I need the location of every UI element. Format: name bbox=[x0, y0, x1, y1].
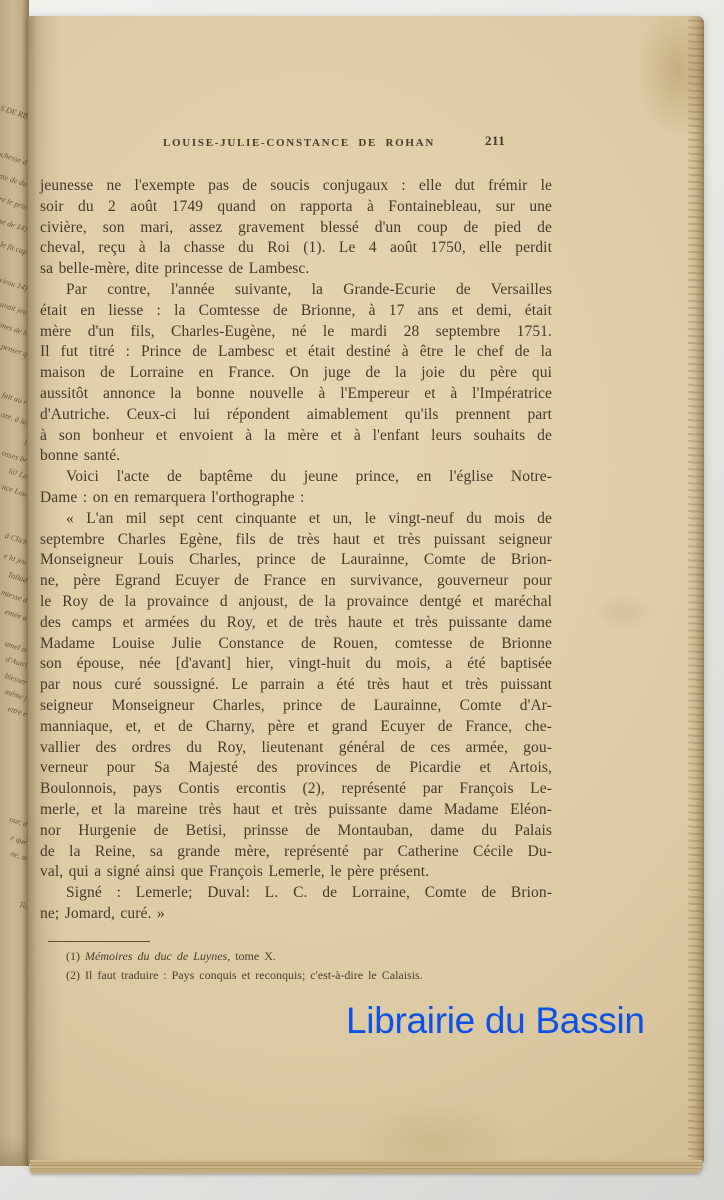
page-number: 211 bbox=[485, 133, 505, 149]
verso-text-fragment: e què bbox=[9, 833, 28, 847]
body-line: de la Reine, sa grande mère, représenté … bbox=[40, 842, 552, 863]
verso-text-fragment: Tallad bbox=[6, 570, 28, 585]
body-line: Par contre, l'année suivante, la Grande-… bbox=[40, 280, 552, 301]
body-line: ne, père Egrand Ecuyer de France en surv… bbox=[40, 571, 552, 592]
verso-text-fragment: S DE RB bbox=[0, 103, 28, 120]
previous-page-edge: S DE RBuchesse drette de dure le prinse … bbox=[0, 0, 29, 1166]
body-line: Dame : on en remarquera l'orthographe : bbox=[40, 488, 552, 509]
verso-text-fragment: ore, à la bbox=[0, 410, 28, 427]
body-line: maison de Lorraine en France. On juge de… bbox=[40, 363, 552, 384]
body-line: seigneur Monseigneur Charles, prince de … bbox=[40, 696, 552, 717]
verso-text-fragment: à Clich bbox=[3, 531, 28, 547]
body-line: d'Autriche. Ceux-ci lui répondent aimabl… bbox=[40, 405, 552, 426]
verso-text-fragment: osses br bbox=[1, 448, 29, 465]
book-page: LOUISE-JULIE-CONSTANCE DE ROHAN 211 jeun… bbox=[28, 16, 704, 1164]
footnote: (2) Il faut traduire : Pays conquis et r… bbox=[66, 966, 556, 985]
body-line: son épouse, née [d'avant] hier, vingt-hu… bbox=[40, 654, 552, 675]
body-line: Voici l'acte de baptême du jeune prince,… bbox=[40, 467, 552, 488]
body-line: soir du 2 août 1749 quand on rapporta à … bbox=[40, 197, 552, 218]
body-line: aussitôt annonce la bonne nouvelle à l'E… bbox=[40, 384, 552, 405]
footnotes: (1) Mémoires du duc de Luynes, tome X.(2… bbox=[66, 947, 556, 984]
page-stack-bottom-edge bbox=[30, 1160, 702, 1173]
photo-background: S DE RBuchesse drette de dure le prinse … bbox=[0, 0, 724, 1200]
verso-text-fragment: To bbox=[18, 900, 28, 911]
body-line: Monseigneur Louis Charles, prince de Lau… bbox=[40, 550, 552, 571]
body-line: « L'an mil sept cent cinquante et un, le… bbox=[40, 509, 552, 530]
body-line: Signé : Lemerle; Duval: L. C. de Lorrain… bbox=[40, 883, 552, 904]
body-line: des camps et armées du Roy, et de très h… bbox=[40, 613, 552, 634]
verso-text-fragment: re le prin bbox=[0, 194, 28, 212]
verso-text-fragment: our, d bbox=[8, 815, 28, 829]
body-line: était en liesse : la Comtesse de Brionne… bbox=[40, 301, 552, 322]
verso-text-fragment: blesser bbox=[4, 671, 28, 687]
body-line: manniaque, et, et de Charny, père et gra… bbox=[40, 717, 552, 738]
verso-text-fragment: rette de du bbox=[0, 170, 28, 189]
body-line: val, qui a signé ainsi que François Leme… bbox=[40, 862, 552, 883]
body-line: sa belle-mère, dite princesse de Lambesc… bbox=[40, 259, 552, 280]
body-line: civière, son mari, assez gravement bless… bbox=[40, 218, 552, 239]
running-title: LOUISE-JULIE-CONSTANCE DE ROHAN bbox=[163, 136, 435, 150]
body-line: bonne santé. bbox=[40, 446, 552, 467]
verso-text-fragment: nce Lou bbox=[1, 482, 28, 498]
footnote: (1) Mémoires du duc de Luynes, tome X. bbox=[66, 947, 556, 966]
verso-text-fragment: penser q bbox=[0, 342, 28, 359]
verso-text-fragment: se de 14) bbox=[0, 216, 28, 233]
verso-text-fragment: d'Autri bbox=[5, 654, 29, 669]
body-line: septembre Charles Egène, fils de très ha… bbox=[40, 530, 552, 551]
footnote-rule bbox=[48, 941, 150, 942]
body-line: cheval, reçu à la chasse du Roi (1). Le … bbox=[40, 238, 552, 259]
verso-text-fragment: fait au r bbox=[1, 390, 28, 407]
verso-text-fragment: imes de h bbox=[0, 320, 28, 338]
body-line: à son bonheur et envoient à la mère et à… bbox=[40, 426, 552, 447]
body-text: jeunesse ne l'exempte pas de soucis conj… bbox=[40, 176, 552, 925]
verso-text-fragment: même j bbox=[4, 687, 29, 703]
verso-text-fragment: entée a bbox=[4, 607, 29, 623]
body-line: nor Hurgenie de Betisi, prinsse de Monta… bbox=[40, 821, 552, 842]
body-line: jeunesse ne l'exempte pas de soucis conj… bbox=[40, 176, 552, 197]
verso-text-fragment: le fit cap bbox=[0, 240, 28, 257]
verso-text-fragment: ne, m bbox=[9, 849, 28, 863]
deckled-page-edge bbox=[688, 16, 704, 1164]
bookseller-watermark: Librairie du Bassin bbox=[346, 1000, 645, 1042]
body-line: verneur pour Sa Majesté des provinces de… bbox=[40, 758, 552, 779]
verso-text-fragment: là! La bbox=[7, 466, 28, 481]
body-line: Boulonnois, pays Contis ercontis (2), re… bbox=[40, 779, 552, 800]
body-line: vallier des ordres du Roy, lieutenant gé… bbox=[40, 738, 552, 759]
body-line: le Roy de la provaince d anjoust, de la … bbox=[40, 592, 552, 613]
body-line: par nous curé soussigné. Le parrain a ét… bbox=[40, 675, 552, 696]
verso-text-fragment: mtesse d bbox=[0, 588, 28, 605]
body-line: Madame Louise Julie Constance de Rouen, … bbox=[40, 634, 552, 655]
verso-text-fragment: uchesse d bbox=[0, 149, 28, 167]
body-line: Il fut titré : Prince de Lambesc et étai… bbox=[40, 342, 552, 363]
verso-text-fragment: ouvait jeu bbox=[0, 298, 28, 316]
body-line: mère d'un fils, Charles-Eugène, né le ma… bbox=[40, 322, 552, 343]
verso-text-fragment: virou 14) bbox=[0, 275, 28, 293]
verso-text-fragment: ettre e bbox=[7, 704, 29, 719]
body-line: ne; Jomard, curé. » bbox=[40, 904, 552, 925]
verso-text-fragment: e la jeu bbox=[3, 551, 28, 567]
body-line: merle, et la mareine très haut et très p… bbox=[40, 800, 552, 821]
verso-text-fragment: amel m bbox=[3, 639, 28, 655]
